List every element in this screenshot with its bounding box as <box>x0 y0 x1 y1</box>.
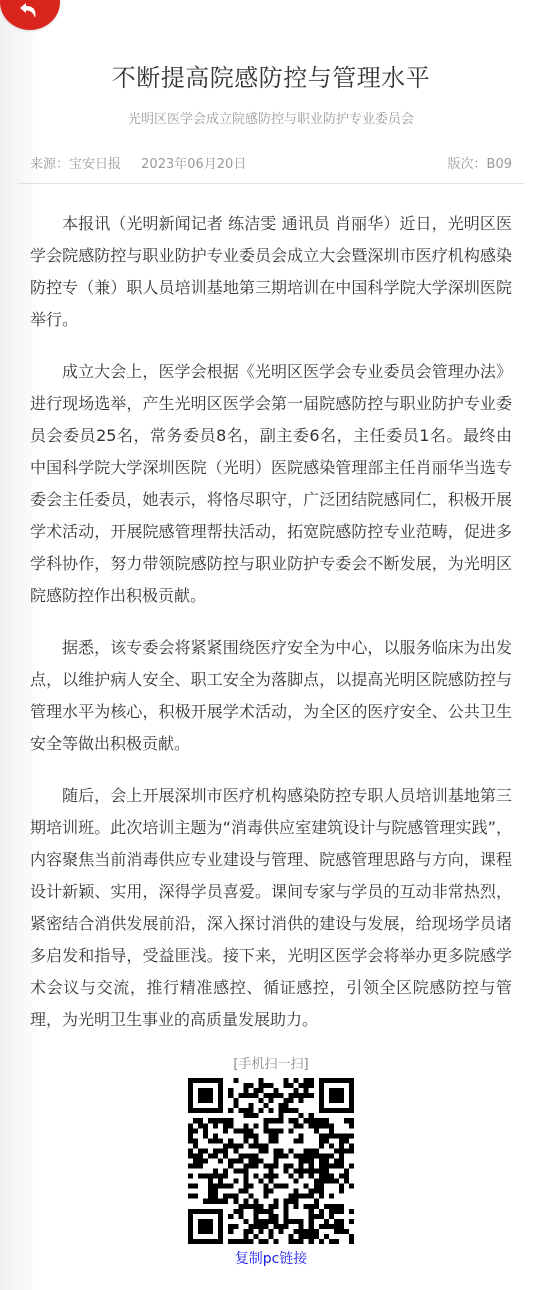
qr-label: [手机扫一扫] <box>30 1056 512 1074</box>
article-subtitle: 光明区医学会成立院感防控与职业防护专业委员会 <box>30 110 512 130</box>
article-source: 来源：宝安日报 <box>30 157 121 172</box>
article-page: 不断提高院感防控与管理水平 光明区医学会成立院感防控与职业防护专业委员会 来源：… <box>0 0 542 1268</box>
qr-section: [手机扫一扫] 复制pc链接 <box>30 1056 512 1268</box>
article-body: 本报讯（光明新闻记者 练洁雯 通讯员 肖丽华）近日，光明区医学会院感防控与职业防… <box>30 208 512 1036</box>
article-title: 不断提高院感防控与管理水平 <box>30 0 512 96</box>
qr-code-icon <box>188 1078 354 1244</box>
article-meta: 来源：宝安日报 2023年06月20日 版次：B09 <box>18 155 524 184</box>
back-arrow-icon <box>17 2 39 20</box>
paragraph: 随后，会上开展深圳市医疗机构感染防控专职人员培训基地第三期培训班。此次培训主题为… <box>30 780 512 1036</box>
paragraph: 本报讯（光明新闻记者 练洁雯 通讯员 肖丽华）近日，光明区医学会院感防控与职业防… <box>30 208 512 336</box>
copy-pc-link[interactable]: 复制pc链接 <box>235 1248 308 1268</box>
paragraph: 成立大会上，医学会根据《光明区医学会专业委员会管理办法》进行现场选举，产生光明区… <box>30 356 512 612</box>
paragraph: 据悉，该专委会将紧紧围绕医疗安全为中心，以服务临床为出发点，以维护病人安全、职工… <box>30 632 512 760</box>
article-date: 2023年06月20日 <box>141 157 246 172</box>
article-edition: 版次：B09 <box>448 155 512 175</box>
